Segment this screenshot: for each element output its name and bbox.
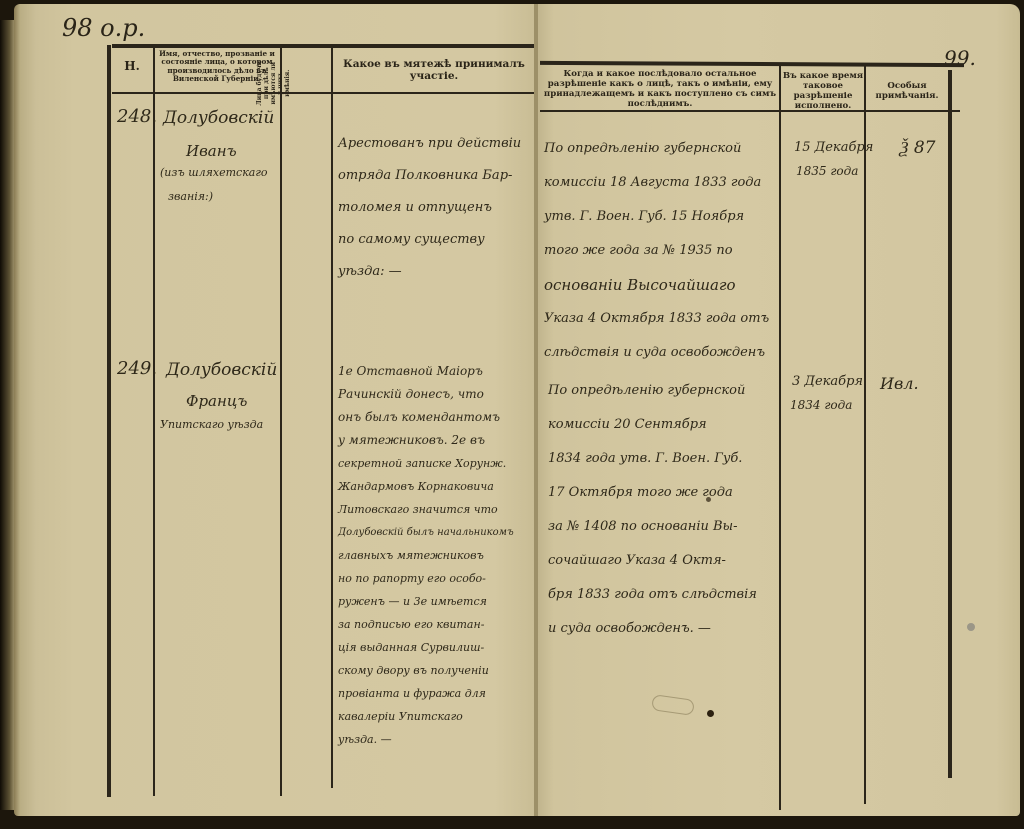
text-line: Арестованъ при действіи [338, 128, 521, 160]
entry-executed-date: 3 Декабря [792, 374, 863, 389]
column-rule-outer-left [107, 45, 111, 797]
entry-executed-year: 1835 года [796, 164, 858, 178]
header-notes: Особыя примѣчанія. [866, 82, 948, 102]
header-bottom-rule-right [540, 110, 960, 112]
text-line: секретной записке Хорунж. [338, 452, 514, 475]
entry-participation: 1е Отставной Маіоръ Рачинскій донесъ, чт… [338, 360, 514, 751]
header-participation: Какое въ мятежѣ принималъ участіе. [336, 58, 532, 82]
text-line: толомея и отпущенъ [338, 192, 521, 224]
text-line: ція выданная Сурвилиш- [338, 636, 514, 659]
text-line: скому двору въ полученіи [338, 659, 514, 682]
column-rule-outer-right [948, 70, 952, 778]
column-rule-executed-notes [864, 64, 866, 804]
text-line: По опредѣленію губернской [544, 132, 769, 166]
text-line: уѣзда: — [338, 256, 521, 288]
text-line: онъ былъ комендантомъ [338, 406, 514, 429]
entry-resolution: По опредѣленію губернской комиссіи 20 Се… [548, 374, 757, 646]
entry-status: званія:) [168, 190, 213, 203]
paper-hole-mark [706, 497, 711, 502]
text-line: Рачинскій донесъ, что [338, 383, 514, 406]
entry-given-name: Францъ [186, 392, 247, 410]
text-line: бря 1833 года отъ слѣдствія [548, 578, 757, 612]
text-line: и суда освобожденъ. — [548, 612, 757, 646]
text-line: слѣдствія и суда освобожденъ [544, 336, 769, 370]
entry-resolution: По опредѣленію губернской комиссіи 18 Ав… [544, 132, 769, 370]
entry-number: 249. [117, 358, 157, 379]
entry-status: (изъ шляхетскаго [160, 166, 268, 179]
header-executed: Въ какое время таковое разрѣшеніе исполн… [782, 72, 864, 112]
text-line: руженъ — и 3е имѣется [338, 590, 514, 613]
text-line: у мятежниковъ. 2е въ [338, 429, 514, 452]
column-rule-estate-participation [331, 48, 333, 788]
entry-number: 248. [117, 106, 157, 127]
book-spine [534, 4, 538, 816]
text-line: за подписью его квитан- [338, 613, 514, 636]
header-top-rule-left [112, 44, 534, 48]
entry-participation: Арестованъ при действіи отряда Полковник… [338, 128, 521, 288]
text-line: 1е Отставной Маіоръ [338, 360, 514, 383]
text-line: сочайшаго Указа 4 Октя- [548, 544, 757, 578]
text-line: главныхъ мятежниковъ [338, 544, 514, 567]
left-page-number: 98 о.р. [62, 14, 145, 42]
text-line: отряда Полковника Бар- [338, 160, 521, 192]
entry-surname: Долубовскій [166, 360, 277, 380]
entry-executed-year: 1834 года [790, 398, 852, 412]
column-rule-no-name [153, 48, 155, 796]
header-bottom-rule-left [112, 92, 534, 94]
text-line: 1834 года утв. Г. Воен. Губ. [548, 442, 757, 476]
header-no: Н. [112, 60, 152, 74]
text-line: Долубовскій былъ начальникомъ [338, 521, 514, 544]
text-line: комиссіи 20 Сентября [548, 408, 757, 442]
register-book-spread: 98 о.р. 99. Н. Имя, отчество, прозваніе … [0, 0, 1024, 829]
column-rule-name-estate [280, 48, 282, 796]
text-line: Жандармовъ Корнаковича [338, 475, 514, 498]
paper-hole-mark [967, 623, 975, 631]
text-line: за № 1408 по основаніи Вы- [548, 510, 757, 544]
entry-surname: Долубовскій [163, 108, 274, 128]
header-estate: Лица будучи при дѣлѣ имѣются ли у нихъ и… [257, 59, 291, 107]
text-line: комиссіи 18 Августа 1833 года [544, 166, 769, 200]
text-line: по самому существу [338, 224, 521, 256]
column-rule-resolution-executed [779, 64, 781, 810]
header-resolution: Когда и какое послѣдовало остальное разр… [542, 70, 778, 110]
text-line: По опредѣленію губернской [548, 374, 757, 408]
text-line: утв. Г. Воен. Губ. 15 Ноября [544, 200, 769, 234]
entry-notes: Ѯ 87 [900, 138, 935, 158]
text-line: провіанта и фуража для [338, 682, 514, 705]
text-line: 17 Октября того же года [548, 476, 757, 510]
text-line: кавалеріи Упитскаго [338, 705, 514, 728]
text-line: Литовскаго значится что [338, 498, 514, 521]
entry-notes: Ивл. [880, 374, 919, 393]
entry-executed-date: 15 Декабря [794, 140, 873, 155]
text-line: уѣзда. — [338, 728, 514, 751]
text-line: того же года за № 1935 по [544, 234, 769, 268]
text-line: основаніи Высочайшаго [544, 268, 769, 302]
text-line: но по рапорту его особо- [338, 567, 514, 590]
paper-hole-mark [707, 710, 714, 717]
entry-status: Упитскаго уѣзда [160, 418, 263, 431]
text-line: Указа 4 Октября 1833 года отъ [544, 302, 769, 336]
entry-given-name: Иванъ [186, 142, 237, 160]
